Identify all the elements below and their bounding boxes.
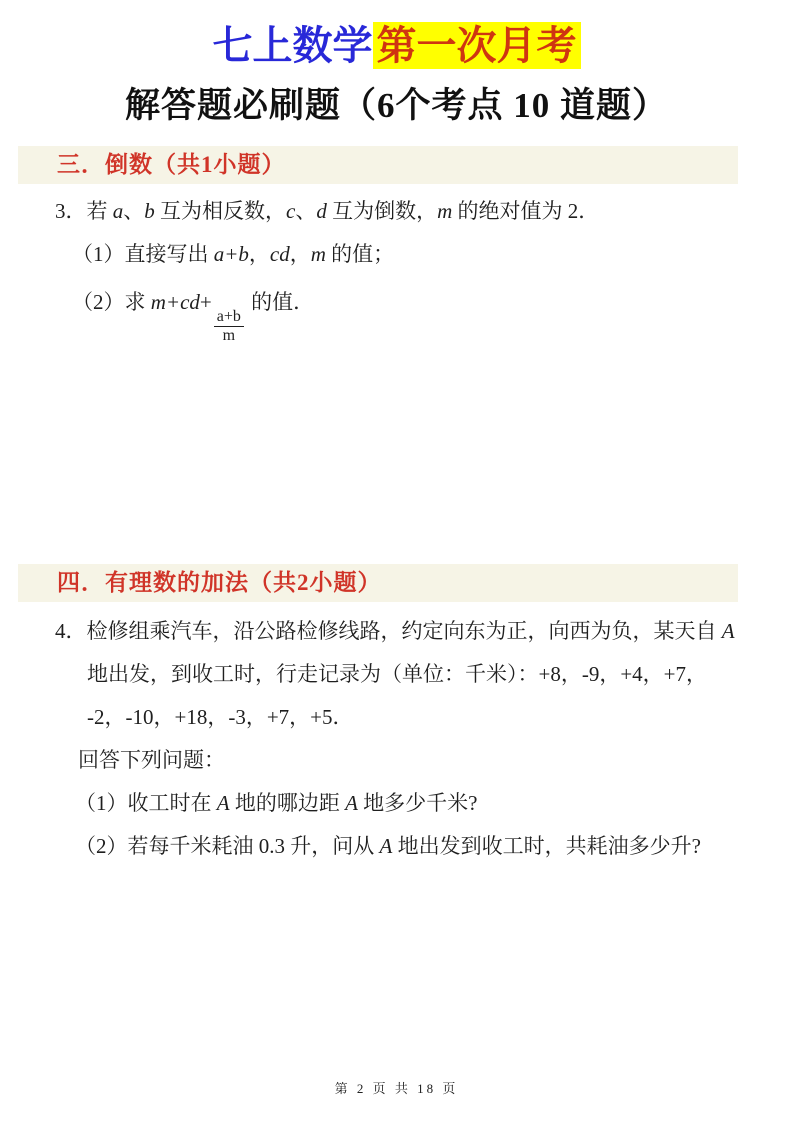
problem-4-subquestion-1: （1）收工时在 A 地的哪边距 A 地多少千米? — [75, 782, 770, 825]
problem-4-statement-line-2: 地出发，到收工时，行走记录为（单位：千米）：+8，-9，+4，+7， — [87, 653, 770, 696]
page-number: 第 2 页 共 18 页 — [0, 1078, 793, 1097]
problem-4: 4．检修组乘汽车，沿公路检修线路，约定向东为正，向西为负，某天自 A 地出发，到… — [55, 610, 770, 868]
page-title: 七上数学第一次月考 — [0, 20, 793, 72]
fraction: a+bm — [214, 308, 244, 346]
worksheet-page: 七上数学第一次月考 解答题必刷题（6个考点 10 道题） 三．倒数（共1小题） … — [0, 0, 793, 1122]
problem-4-answer-prompt: 回答下列问题： — [78, 739, 770, 782]
problem-4-subquestion-2: （2）若每千米耗油 0.3 升，问从 A 地出发到收工时，共耗油多少升? — [75, 825, 770, 868]
section-heading-rational-addition: 四．有理数的加法（共2小题） — [18, 564, 738, 602]
page-subtitle: 解答题必刷题（6个考点 10 道题） — [0, 84, 793, 128]
problem-3-subquestion-2: （2）求 m+cd+a+bm 的值． — [72, 276, 770, 346]
page-title-course: 七上数学 — [213, 23, 373, 68]
problem-4-statement-line-3: -2，-10，+18，-3，+7，+5． — [87, 696, 770, 739]
problem-3: 3．若 a、b 互为相反数，c、d 互为倒数，m 的绝对值为 2． （1）直接写… — [55, 190, 770, 346]
section-heading-reciprocal: 三．倒数（共1小题） — [18, 146, 738, 184]
problem-4-statement-line-1: 4．检修组乘汽车，沿公路检修线路，约定向东为正，向西为负，某天自 A — [55, 610, 770, 653]
problem-3-statement: 3．若 a、b 互为相反数，c、d 互为倒数，m 的绝对值为 2． — [55, 190, 770, 233]
problem-3-subquestion-1: （1）直接写出 a+b，cd，m 的值； — [72, 233, 770, 276]
page-title-exam-highlighted: 第一次月考 — [373, 22, 581, 69]
